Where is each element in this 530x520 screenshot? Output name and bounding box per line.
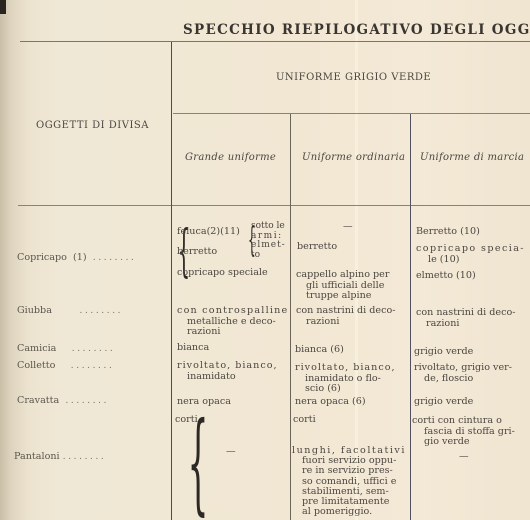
rule-group bbox=[173, 113, 530, 114]
cell-marcia-cravatta: grigio verde bbox=[414, 397, 473, 408]
col-divider-1 bbox=[171, 42, 172, 520]
col-divider-3 bbox=[410, 114, 411, 520]
header-grande-uniforme: Grande uniforme bbox=[185, 153, 276, 164]
scanned-page: SPECCHIO RIEPILOGATIVO DEGLI OGGETTI COM… bbox=[0, 0, 530, 520]
cell-marcia-pantaloni-corti: corti con cintura o fascia di stoffa gri… bbox=[412, 416, 515, 448]
row-label-colletto: Colletto ........ bbox=[17, 360, 114, 371]
rule-header-bottom bbox=[18, 205, 530, 206]
cell-marcia-colletto: rivoltato, grigio ver- de, floscio bbox=[414, 363, 512, 384]
cell-marcia-pantaloni-dash: — bbox=[459, 452, 469, 463]
cell-marcia-copricapo-speciale: copricapo specia- le (10) bbox=[416, 244, 525, 265]
col-divider-2 bbox=[290, 114, 291, 520]
cell-marcia-giubba: con nastrini di deco- razioni bbox=[416, 308, 515, 329]
row-label-copricapo: Copricapo (1) ........ bbox=[17, 252, 136, 263]
cell-grande-copricapo-speciale: copricapo speciale bbox=[177, 268, 268, 279]
cell-grande-colletto: rivoltato, bianco, inamidato bbox=[177, 361, 278, 382]
cell-ordinaria-cappello-alpino: cappello alpino per gli ufficiali delle … bbox=[296, 270, 389, 302]
row-label-camicia: Camicia ........ bbox=[17, 343, 115, 354]
cell-ordinaria-pantaloni-lunghi: lunghi, facoltativi fuori servizio oppu-… bbox=[292, 446, 406, 517]
cell-ordinaria-pantaloni-corti: corti bbox=[293, 415, 316, 426]
row-label-cravatta: Cravatta ........ bbox=[17, 395, 109, 406]
cell-grande-feluca: feluca(2)(11) bbox=[177, 227, 240, 238]
cell-marcia-berretto: Berretto (10) bbox=[416, 227, 480, 238]
cell-grande-pantaloni-corti: corti bbox=[175, 415, 198, 426]
header-oggetti-di-divisa: OGGETTI DI DIVISA bbox=[36, 121, 149, 132]
cell-grande-berretto: berretto bbox=[177, 247, 217, 258]
header-uniforme-grigio-verde: UNIFORME GRIGIO VERDE bbox=[276, 73, 431, 84]
row-label-pantaloni: Pantaloni ........ bbox=[14, 451, 106, 462]
header-uniforme-di-marcia: Uniforme di marcia bbox=[420, 153, 524, 164]
cell-grande-note: sotto le armi: elmet- to bbox=[251, 222, 286, 260]
cell-marcia-camicia: grigio verde bbox=[414, 347, 473, 358]
cell-ordinaria-giubba: con nastrini di deco- razioni bbox=[296, 306, 395, 327]
cell-grande-giubba: con controspalline metalliche e deco- ra… bbox=[177, 306, 288, 338]
rule-top bbox=[20, 41, 530, 42]
cell-grande-camicia: bianca bbox=[177, 343, 209, 354]
document-title: SPECCHIO RIEPILOGATIVO DEGLI OGGETTI COM… bbox=[183, 22, 530, 38]
row-label-giubba: Giubba ........ bbox=[17, 305, 123, 316]
scan-dark-corner bbox=[0, 0, 6, 14]
cell-ordinaria-camicia: bianca (6) bbox=[295, 345, 344, 356]
cell-ordinaria-berretto: berretto bbox=[297, 242, 337, 253]
cell-ordinaria-dash: — bbox=[343, 222, 353, 233]
header-uniforme-ordinaria: Uniforme ordinaria bbox=[302, 153, 405, 164]
cell-ordinaria-cravatta: nera opaca (6) bbox=[295, 397, 366, 408]
cell-marcia-elmetto: elmetto (10) bbox=[416, 271, 476, 282]
cell-grande-pantaloni-dash: — bbox=[226, 447, 236, 458]
cell-ordinaria-colletto: rivoltato, bianco, inamidato o flo- scio… bbox=[295, 363, 396, 395]
